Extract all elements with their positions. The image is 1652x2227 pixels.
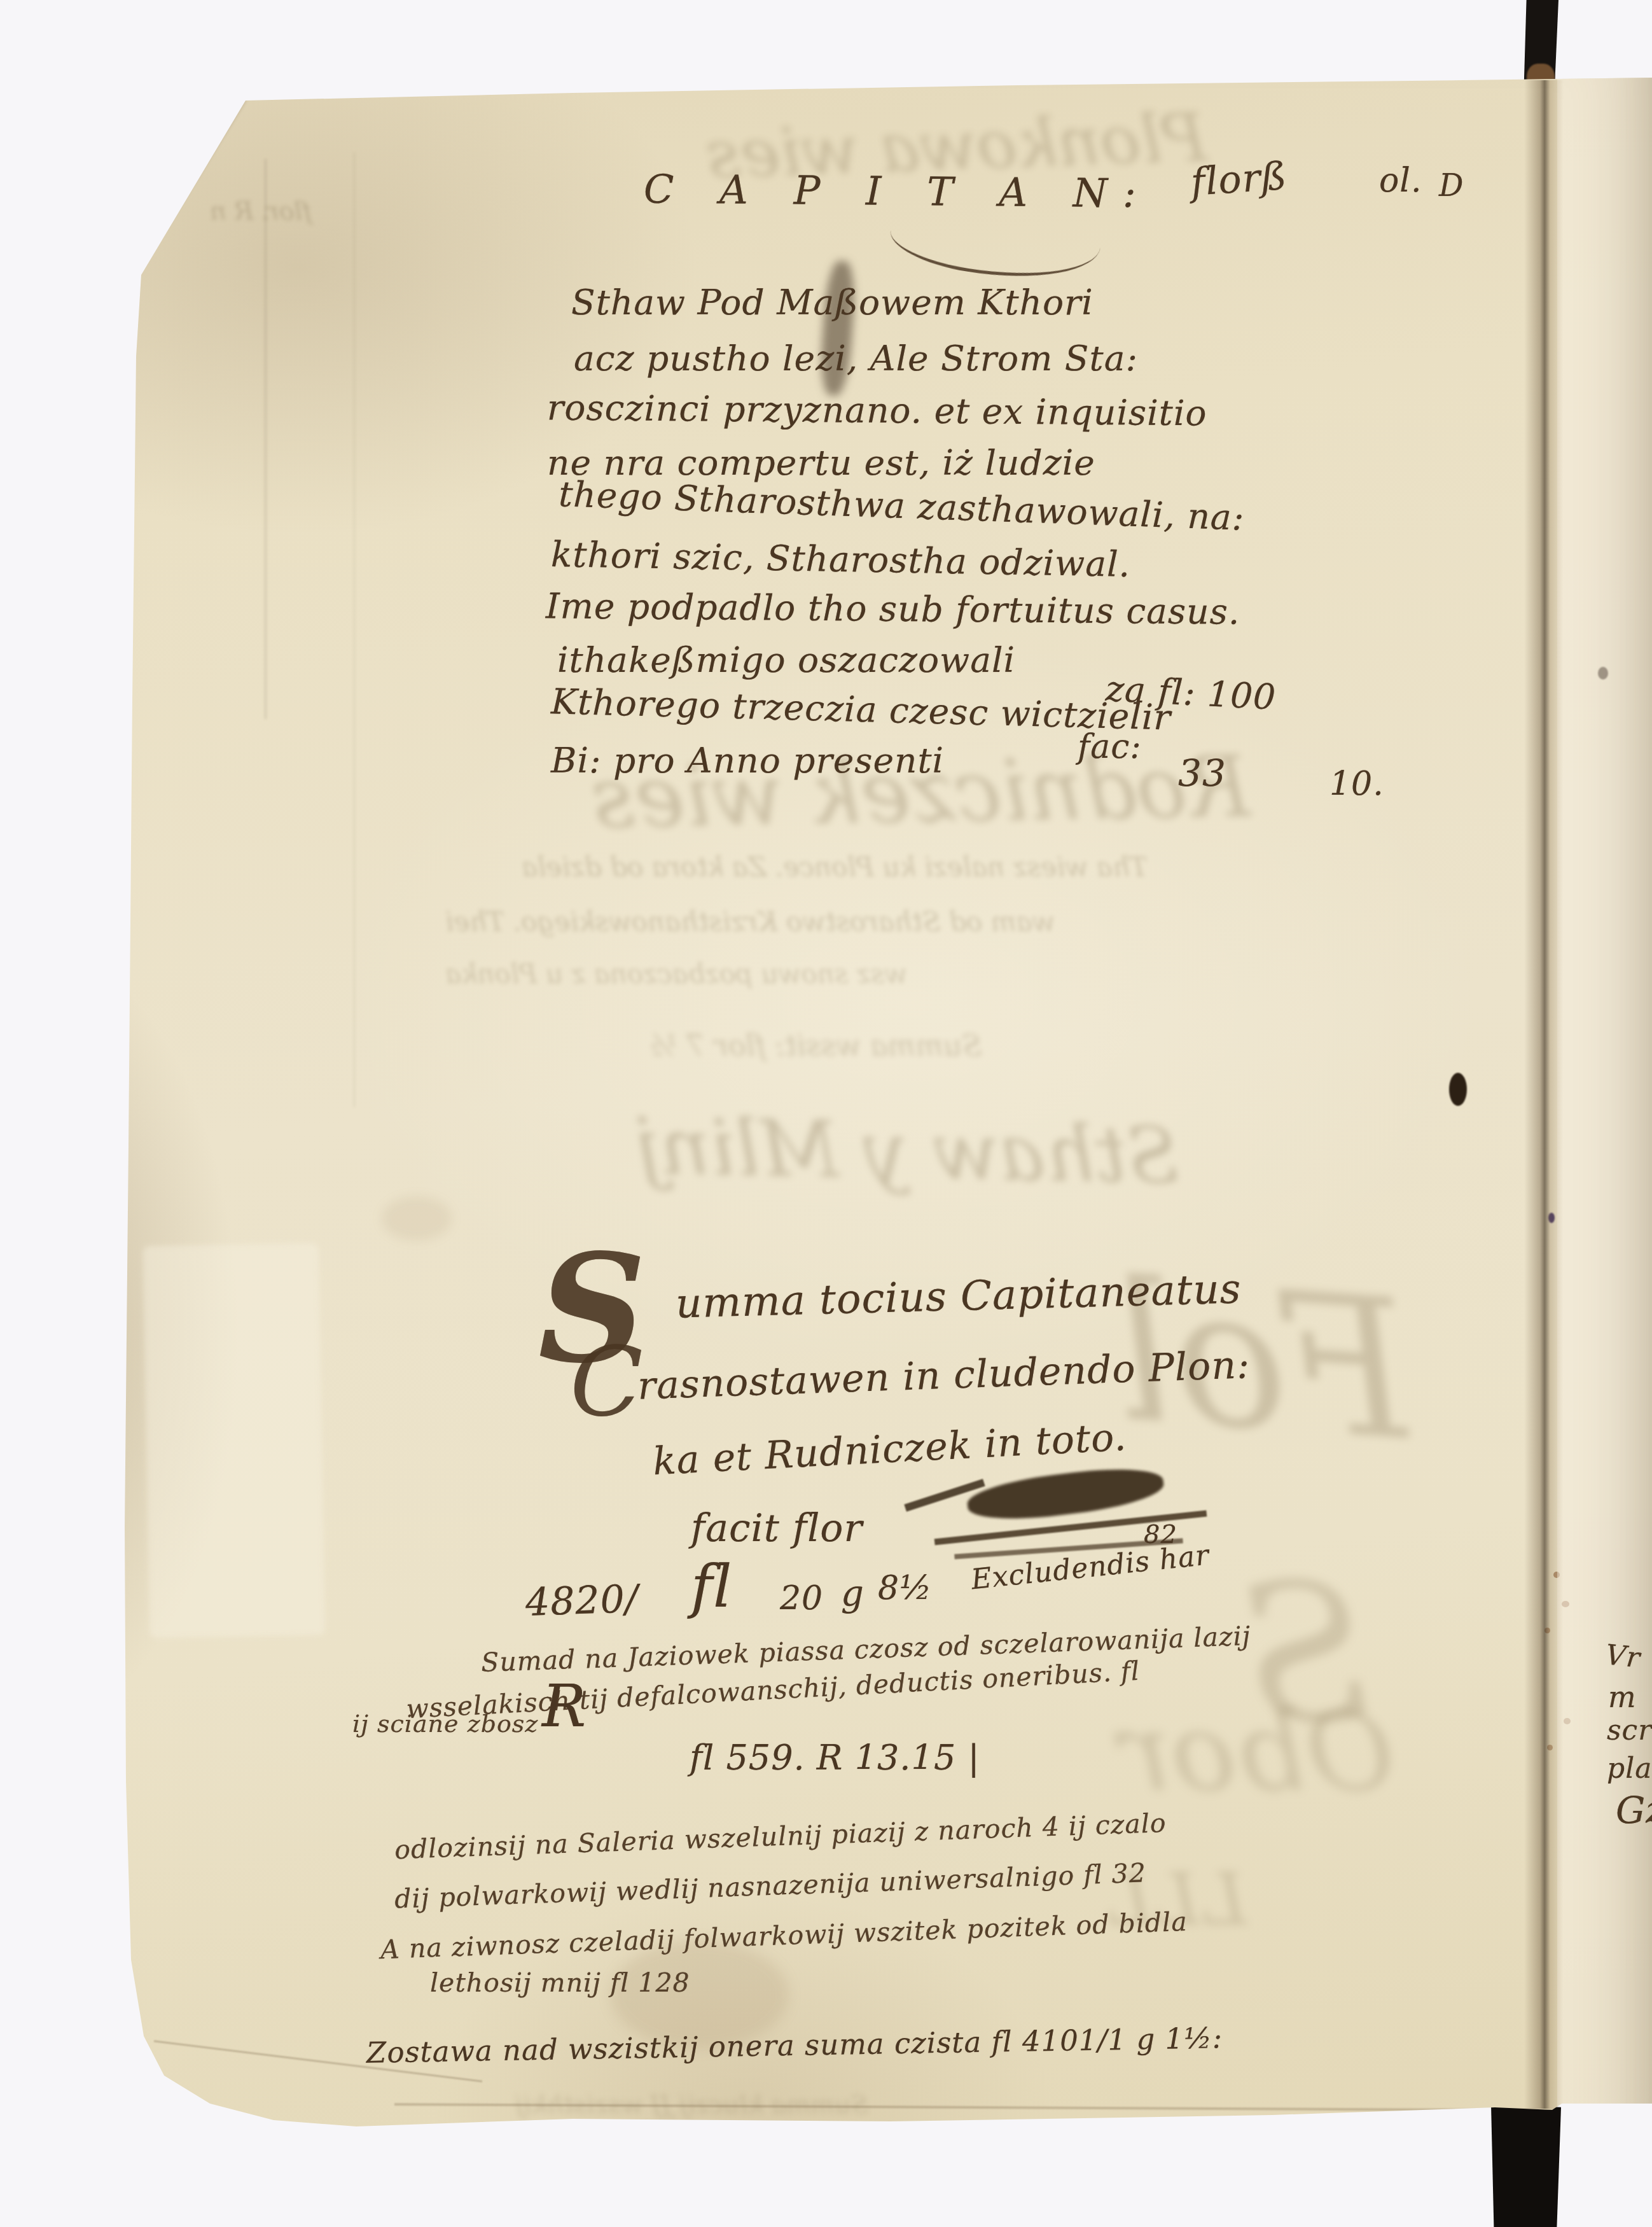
bleedthrough-big-lll: LLL [1104, 1864, 1246, 1936]
body-line-3: rosczinci przyznano. et ex inquisitio [547, 390, 1207, 431]
heading-note-ol: ol. [1379, 164, 1422, 197]
summa-line-3: ka et Rudniczek in toto. [652, 1418, 1128, 1481]
rust-speck-1 [1553, 1572, 1560, 1578]
body-line-7: Ime podpadlo tho sub fortuitus casus. [546, 589, 1240, 630]
facing-fragment-2: m [1608, 1682, 1637, 1712]
stain-bottom [611, 1941, 789, 2049]
fac-value: 33 [1178, 755, 1226, 792]
account-line-5: dij polwarkowij wedlij nasnazenija uniwe… [394, 1860, 1147, 1912]
total-g-sign: g [841, 1577, 864, 1612]
manuscript-page: Plonkowa wies flor. R n Rodniczek wies T… [0, 0, 1652, 2227]
body-line-4: ne nra compertu est, iż ludzie [547, 445, 1095, 480]
summa-line-2: rasnostawen in cludendo Plon: [637, 1346, 1251, 1406]
crease-vertical-1 [265, 159, 267, 719]
ink-smudge-streak [819, 260, 857, 397]
page-heading: C A P I T A N: [644, 170, 1153, 214]
summa-line-1: umma tocius Capitaneatus [675, 1269, 1242, 1324]
account-line-3: fl 559. R 13.15 | [690, 1741, 980, 1775]
total-amount: 4820/ [525, 1580, 639, 1622]
fac-label: fac: [1078, 730, 1142, 764]
facing-fragment-5: Gz [1616, 1792, 1652, 1829]
summa-facit-label: facit flor [691, 1509, 863, 1547]
binding-ribbon-bottom [1491, 2105, 1561, 2227]
account-line-2: wsselakisch tij defalcowanschij, deducti… [406, 1658, 1141, 1722]
heading-flourish [886, 186, 1105, 291]
total-groschen: 20 [780, 1582, 823, 1615]
summa-initial-c: C [570, 1335, 644, 1430]
bleedthrough-big-fol: Fol [1107, 1256, 1417, 1467]
margin-value: 10. [1329, 767, 1384, 800]
manuscript-scan: Plonkowa wies flor. R n Rodniczek wies T… [0, 0, 1652, 2227]
bleedthrough-summa-line: Summa wssit: flor 7 ½ [649, 1031, 982, 1060]
account-line-4: odlozinsij na Saleria wszelulnij piazij … [394, 1810, 1167, 1863]
account-r-sign: R [542, 1677, 587, 1736]
bleedthrough-top-heading: Plonkowa wies [705, 104, 1207, 188]
bleedthrough-heading-sthaw: Sthaw y Mlinj [635, 1108, 1180, 1195]
bleedthrough-paragraph-1: Tha wiesz nalezi ku Plonce. Za ktora od … [522, 854, 1148, 881]
rust-speck-3 [1544, 1628, 1550, 1633]
account-line-6: A na ziwnosz czeladij folwarkowij wszite… [380, 1909, 1188, 1963]
account-line-8: Zostawa nad wszistkij onera suma czista … [366, 2023, 1223, 2067]
body-line-6: kthori szic, Stharostha odziwal. [551, 537, 1131, 582]
repair-patch [143, 1243, 326, 1638]
total-fl-sign: fl [691, 1558, 732, 1616]
bleedthrough-bottom-2: suma z wszisthka summa [534, 2140, 844, 2165]
stain-left [382, 1196, 452, 1241]
rust-speck-5 [1547, 1745, 1553, 1750]
body-line-10: Bi: pro Anno presenti [551, 743, 944, 778]
body-appraisal-value: za fl: 100 [1105, 671, 1277, 715]
body-line-9: Kthorego trzeczia czesc wictzielir [550, 684, 1171, 736]
ink-scribble-blot [965, 1462, 1165, 1526]
heading-note-d: D [1439, 171, 1464, 201]
rust-speck-2 [1562, 1601, 1569, 1607]
body-line-5: thego Stharosthwa zasthawowali, na: [558, 477, 1245, 536]
struck-remainder: 82 [1144, 1522, 1177, 1547]
body-line-1: Sthaw Pod Maßowem Kthori [571, 285, 1093, 320]
facing-page-sliver [1557, 78, 1652, 2107]
exclude-note: Excludendis har [970, 1541, 1211, 1594]
account-line-1: Sumad na Jaziowek piassa czosz od sczela… [481, 1623, 1251, 1676]
summa-initial-s: S [538, 1234, 647, 1384]
total-half: 8½ [878, 1572, 932, 1605]
speck-dark [1598, 667, 1608, 680]
bleedthrough-paragraph-2: wam od Stharostwo Krzisthanowskiego. The… [445, 909, 1055, 935]
bleedthrough-topleft-note: flor. R n [210, 199, 312, 224]
facing-fragment-1: Vr [1604, 1641, 1642, 1672]
facing-fragment-4: pla [1607, 1755, 1652, 1783]
body-line-2: acz pustho lezi, Ale Strom Sta: [574, 341, 1138, 376]
crease-diagonal-corner [136, 99, 247, 274]
bleedthrough-bottom-1: Summa kluczij JJ wszisthkij [515, 2092, 868, 2118]
body-line-8: ithakeßmigo oszaczowali [557, 643, 1015, 678]
gutter-crease [1524, 80, 1564, 2109]
bleedthrough-heading-rodniczek: Rodniczek wies [591, 745, 1251, 841]
bottom-fold-line [154, 2040, 482, 2082]
heading-note-florins: florß [1190, 157, 1288, 202]
ink-strike-line-1 [934, 1511, 1207, 1546]
ink-scribble-tick [904, 1479, 985, 1512]
bottom-edge-line [394, 2103, 1558, 2112]
account-line-2b: ij sciane zbosz [352, 1712, 538, 1736]
crease-vertical-2 [354, 153, 355, 1107]
ink-strike-line-2 [954, 1538, 1183, 1559]
account-line-7: lethosij mnij fl 128 [430, 1970, 690, 1996]
speck-purple [1548, 1213, 1555, 1223]
facing-fragment-3: scri [1607, 1717, 1652, 1745]
bleedthrough-big-obor: Obor [1120, 1699, 1394, 1807]
ink-blot-gutter [1449, 1073, 1467, 1106]
bleedthrough-paragraph-3: wsz snowu pozbaczona z u Plonka [445, 961, 907, 988]
rust-speck-4 [1564, 1718, 1571, 1724]
bleedthrough-big-s: S [1240, 1559, 1371, 1750]
